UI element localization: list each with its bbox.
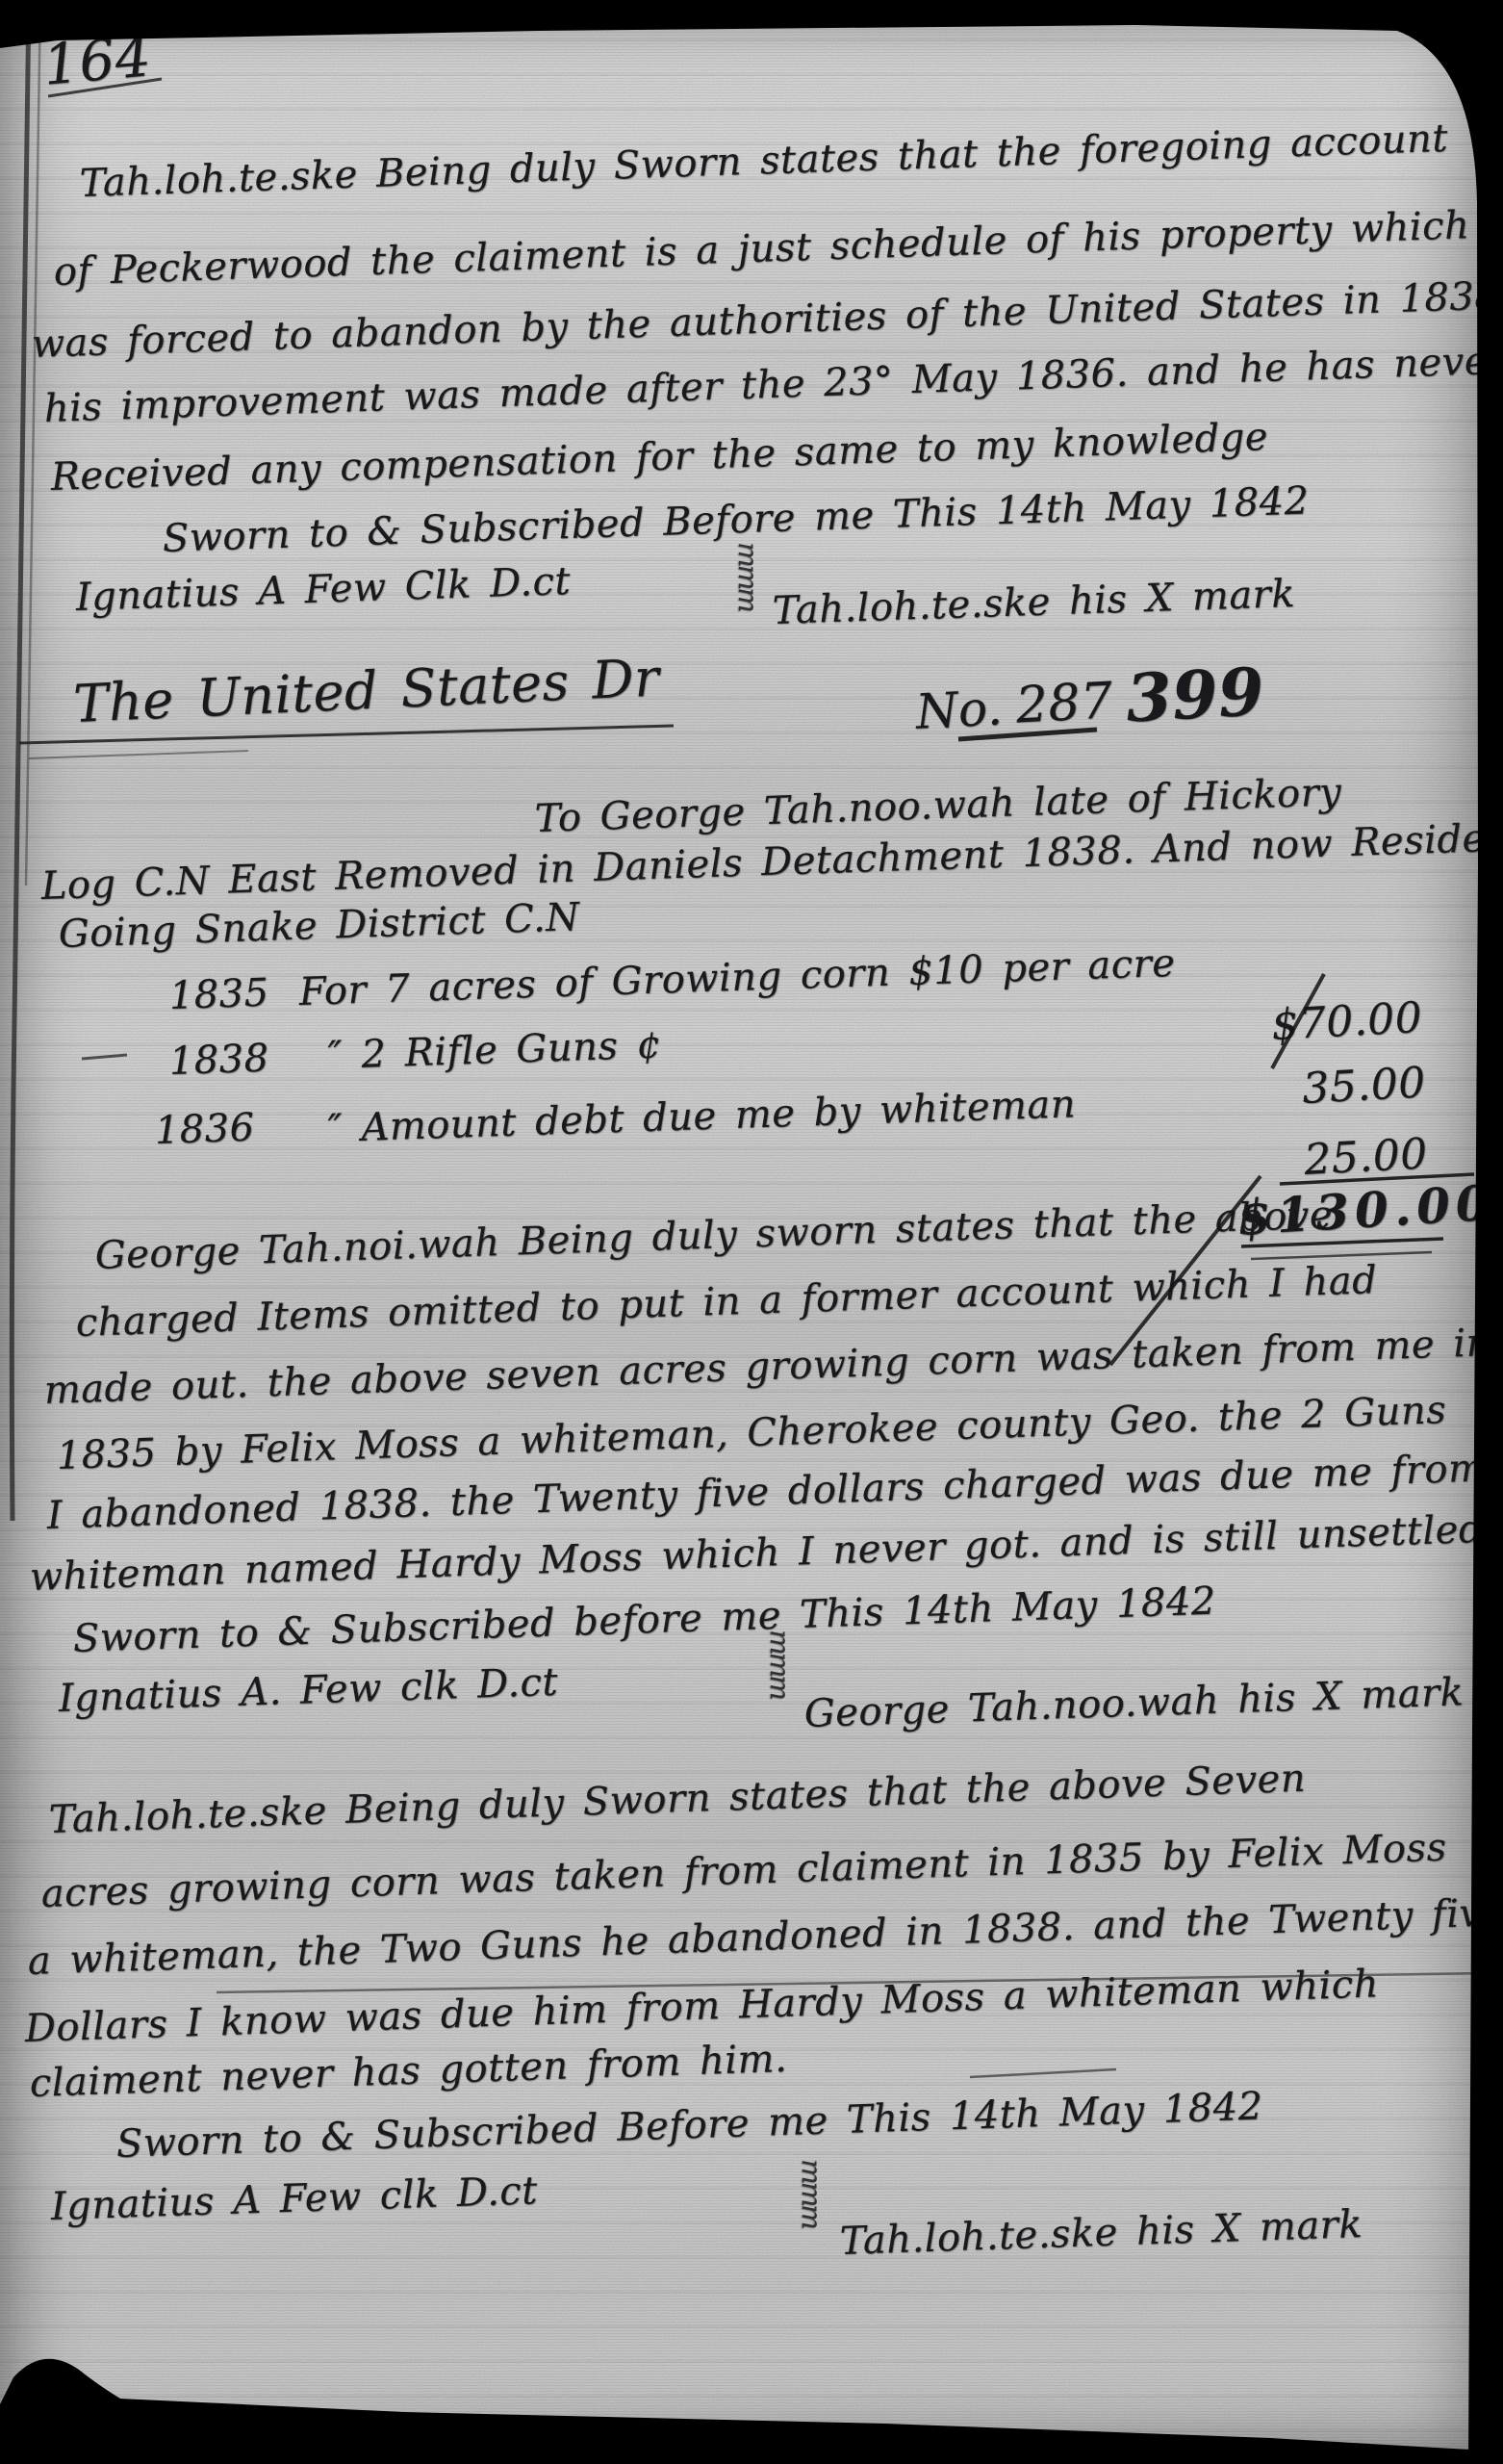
scanned-document-page: 164 Tah.loh.te.ske Being duly Sworn stat… (0, 0, 1503, 2464)
claim-number-struck: 287 (1014, 672, 1114, 734)
ditto-flourish-icon: mmm (764, 1630, 796, 1698)
account-row-year: 1836 (154, 1106, 255, 1153)
ditto-flourish-icon: mmm (732, 542, 764, 610)
ditto-flourish-icon: mmm (796, 2159, 828, 2227)
account-row-amount: 25.00 (1303, 1129, 1429, 1185)
account-row-year: 1838 (168, 1037, 269, 1084)
account-row-year: 1835 (168, 971, 269, 1018)
account-row-amount: 35.00 (1301, 1058, 1427, 1114)
claim-number-label: No. (914, 680, 1004, 740)
account-row-amount: $70.00 (1270, 993, 1423, 1050)
claim-number-value: 399 (1125, 663, 1265, 730)
page-number: 164 (40, 23, 154, 98)
